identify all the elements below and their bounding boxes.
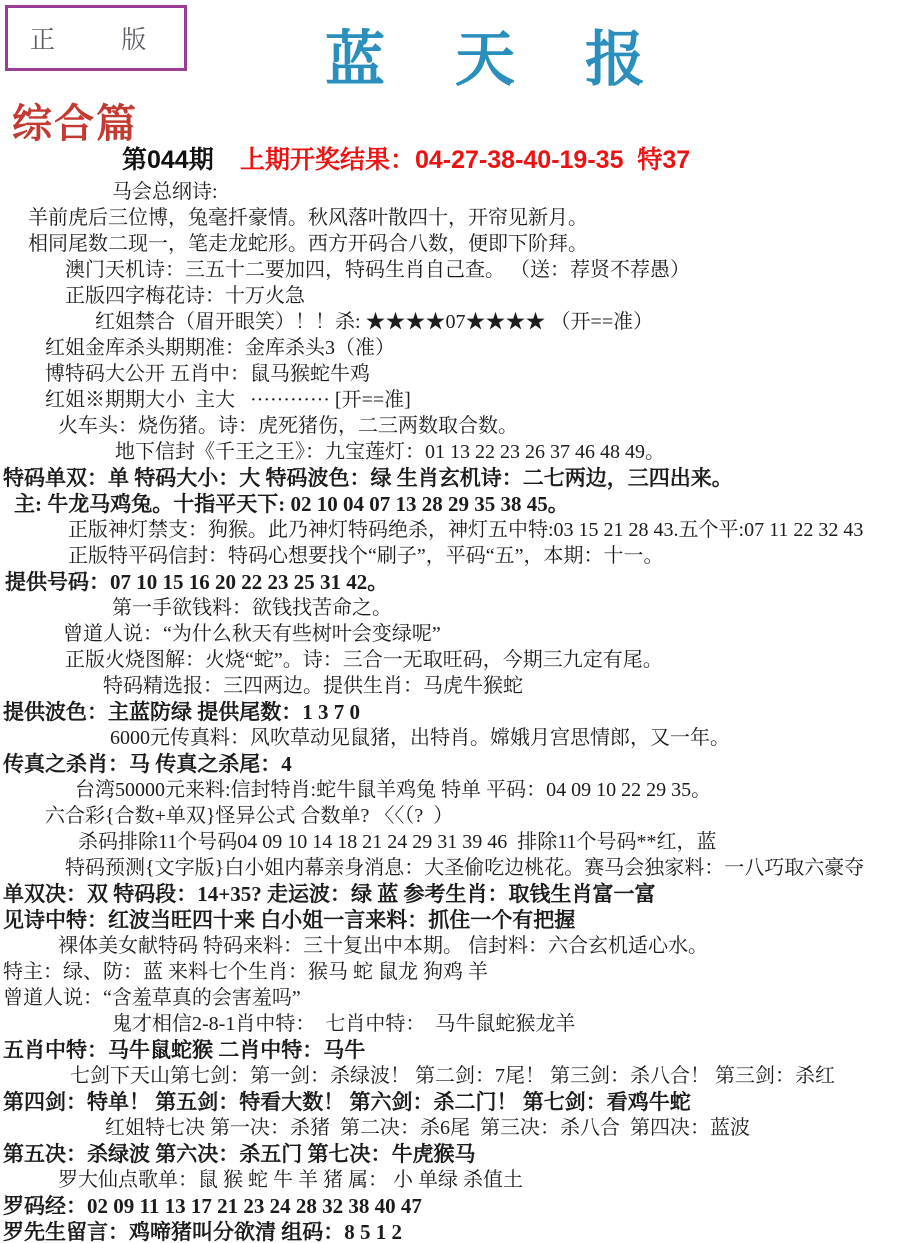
body-line-32: 曾道人说：“含羞草真的会害羞吗” [0,985,900,1011]
body-line-6: 红姐禁合（眉开眼笑）！！杀: ★★★★07★★★★ （开==准） [0,309,900,335]
body-line-27: 特码预测{文字版}白小姐内幕亲身消息：大圣偷吃边桃花。赛马会独家料：一八巧取六豪… [0,855,900,881]
body-line-8: 博特码大公开 五肖中：鼠马猴蛇牛鸡 [0,361,900,387]
body-line-30: 裸体美女献特码 特码来料：三十复出中本期。 信封料：六合玄机适心水。 [0,933,900,959]
body-line-7: 红姐金库杀头期期准：金库杀头3（准） [0,335,900,361]
body-line-38: 第五决：杀绿波 第六决：杀五门 第七决：牛虎猴马 [0,1141,900,1167]
body-line-18: 曾道人说：“为什么秋天有些树叶会变绿呢” [0,621,900,647]
body-line-28: 单双决：双 特码段：14+35? 走运波：绿 蓝 参考生肖：取钱生肖富一富 [0,881,900,907]
body-line-26: 杀码排除11个号码04 09 10 14 18 21 24 29 31 39 4… [0,829,900,855]
body-line-21: 提供波色：主蓝防绿 提供尾数：1 3 7 0 [0,699,900,725]
body-line-31: 特主：绿、防：蓝 来料七个生肖：猴马 蛇 鼠龙 狗鸡 羊 [0,959,900,985]
edition-label: 正 版 [30,27,176,54]
issue-number: 第044期 [122,140,214,176]
body-line-36: 第四剑：特单！ 第五剑：特看大数！ 第六剑：杀二门！ 第七剑：看鸡牛蛇 [0,1089,900,1115]
issue-row: 第044期 上期开奖结果：04-27-38-40-19-35 特37 [0,140,900,174]
body-line-9: 红姐※期期大小 主大 ············ [开==准] [0,387,900,413]
body-line-10: 火车头：烧伤猪。诗：虎死猪伤，二三两数取合数。 [0,413,900,439]
body-line-35: 七剑下天山第七剑：第一剑：杀绿波！ 第二剑：7尾！ 第三剑：杀八合！ 第三剑：杀… [0,1063,900,1089]
body-line-3: 相同尾数二现一，笔走龙蛇形。西方开码合八数，便即下阶拜。 [0,231,900,257]
body-line-4: 澳门天机诗：三五十二要加四，特码生肖自己查。 （送：荐贤不荐愚） [0,257,900,283]
body-line-24: 台湾50000元来料:信封特肖:蛇牛鼠羊鸡兔 特单 平码：04 09 10 22… [0,777,900,803]
body-line-17: 第一手欲钱料：欲钱找苦命之。 [0,595,900,621]
last-draw-result: 上期开奖结果：04-27-38-40-19-35 特37 [240,140,690,176]
body-line-11: 地下信封《千王之王》：九宝莲灯：01 13 22 23 26 37 46 48 … [0,439,900,465]
body-line-1: 马会总纲诗: [0,179,900,205]
body-line-41: 罗先生留言：鸡啼猪叫分欲清 组码：8 5 1 2 [0,1219,900,1243]
body-line-33: 鬼才相信2-8-1肖中特： 七肖中特： 马牛鼠蛇猴龙羊 [0,1011,900,1037]
edition-box: 正 版 [5,5,187,71]
body-line-16: 提供号码：07 10 15 16 20 22 23 25 31 42。 [0,569,900,595]
body-line-2: 羊前虎后三位博，兔毫扦豪情。秋风落叶散四十，开帘见新月。 [0,205,900,231]
body-line-22: 6000元传真料：风吹草动见鼠猪，出特肖。嫦娥月宫思情郎，又一年。 [0,725,900,751]
body-line-29: 见诗中特：红波当旺四十来 白小姐一言来料：抓住一个有把握 [0,907,900,933]
body-line-19: 正版火烧图解：火烧“蛇”。诗：三合一无取旺码，今期三九定有尾。 [0,647,900,673]
body-line-23: 传真之杀肖：马 传真之杀尾：4 [0,751,900,777]
body-line-20: 特码精选报：三四两边。提供生肖：马虎牛猴蛇 [0,673,900,699]
body-line-34: 五肖中特：马牛鼠蛇猴 二肖中特：马牛 [0,1037,900,1063]
body-line-39: 罗大仙点歌单：鼠 猴 蛇 牛 羊 猪 属： 小 单绿 杀值土 [0,1167,900,1193]
body-line-37: 红姐特七决 第一决：杀猪 第二决：杀6尾 第三决：杀八合 第四决：蓝波 [0,1115,900,1141]
body-lines: 马会总纲诗:羊前虎后三位博，兔毫扦豪情。秋风落叶散四十，开帘见新月。相同尾数二现… [0,179,900,1243]
page-title: 蓝天报 [325,12,715,98]
body-line-40: 罗码经：02 09 11 13 17 21 23 24 28 32 38 40 … [0,1193,900,1219]
body-line-15: 正版特平码信封：特码心想要找个“刷子”，平码“五”，本期：十一。 [0,543,900,569]
body-line-14: 正版神灯禁支：狗猴。此乃神灯特码绝杀，神灯五中特:03 15 21 28 43.… [0,517,900,543]
body-line-5: 正版四字梅花诗：十万火急 [0,283,900,309]
body-line-12: 特码单双：单 特码大小：大 特码波色：绿 生肖玄机诗：二七两边，三四出来。 [0,465,900,491]
body-line-13: 主: 牛龙马鸡兔。十指平天下: 02 10 04 07 13 28 29 35 … [0,491,900,517]
body-line-25: 六合彩{合数+单双}怪异公式 合数单? 〈〈（? ） [0,803,900,829]
newspaper-page: 正 版 蓝天报 综合篇 第044期 上期开奖结果：04-27-38-40-19-… [0,0,900,1243]
